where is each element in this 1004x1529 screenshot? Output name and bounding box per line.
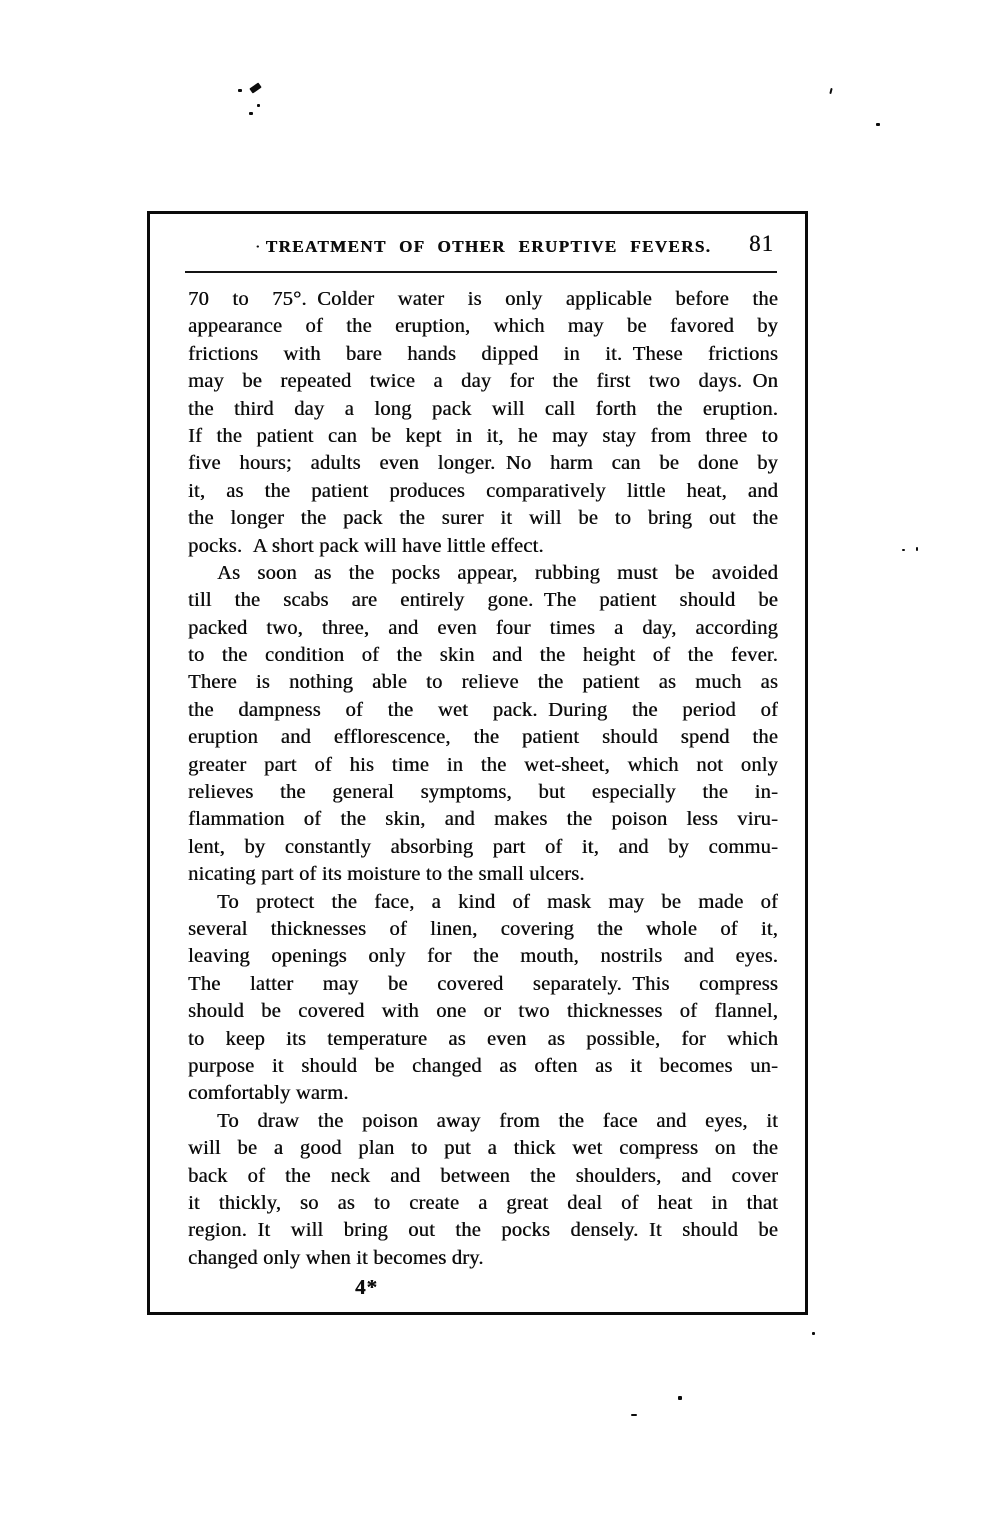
text-line: If the patient can be kept in it, he may… — [188, 423, 778, 450]
running-head-text: TREATMENT OF OTHER ERUPTIVE FEVERS. — [266, 237, 712, 256]
text-line: region. It will bring out the pocks dens… — [188, 1217, 778, 1244]
paragraph: To protect the face, a kind of mask may … — [188, 889, 778, 1108]
text-line: The latter may be covered separately. Th… — [188, 971, 778, 998]
text-line: To protect the face, a kind of mask may … — [188, 889, 778, 916]
scan-artifact — [257, 104, 260, 107]
text-line: pocks. A short pack will have little eff… — [188, 533, 778, 560]
text-line: packed two, three, and even four times a… — [188, 615, 778, 642]
header-rule — [185, 271, 777, 273]
text-line: eruption and efflorescence, the patient … — [188, 724, 778, 751]
text-line: frictions with bare hands dipped in it. … — [188, 341, 778, 368]
text-line: several thicknesses of linen, covering t… — [188, 916, 778, 943]
text-line: to keep its temperature as even as possi… — [188, 1026, 778, 1053]
text-line: may be repeated twice a day for the firs… — [188, 368, 778, 395]
scanned-book-page: { "document": { "header": { "prefix_mark… — [0, 0, 1004, 1529]
scan-artifact — [876, 123, 880, 126]
text-line: till the scabs are entirely gone. The pa… — [188, 587, 778, 614]
page-frame: ·TREATMENT OF OTHER ERUPTIVE FEVERS. 81 … — [147, 211, 808, 1315]
text-line: 70 to 75°. Colder water is only applicab… — [188, 286, 778, 313]
scan-artifact — [829, 88, 832, 94]
signature-mark: 4* — [355, 1275, 378, 1300]
scan-artifact — [238, 89, 242, 92]
paragraph: To draw the poison away from the face an… — [188, 1108, 778, 1272]
paragraph: 70 to 75°. Colder water is only applicab… — [188, 286, 778, 560]
text-line: will be a good plan to put a thick wet c… — [188, 1135, 778, 1162]
page-number: 81 — [749, 231, 774, 257]
text-line: To draw the poison away from the face an… — [188, 1108, 778, 1135]
scan-artifact — [916, 547, 918, 551]
scan-artifact — [678, 1396, 682, 1400]
text-line: flammation of the skin, and makes the po… — [188, 806, 778, 833]
text-line: relieves the general symptoms, but espec… — [188, 779, 778, 806]
scan-artifact — [249, 112, 253, 115]
text-line: five hours; adults even longer. No harm … — [188, 450, 778, 477]
page-header: ·TREATMENT OF OTHER ERUPTIVE FEVERS. 81 — [188, 230, 778, 260]
text-line: should be covered with one or two thickn… — [188, 998, 778, 1025]
scan-artifact — [812, 1332, 815, 1335]
text-line: back of the neck and between the shoulde… — [188, 1163, 778, 1190]
text-line: appearance of the eruption, which may be… — [188, 313, 778, 340]
text-line: comfortably warm. — [188, 1080, 778, 1107]
text-line: There is nothing able to relieve the pat… — [188, 669, 778, 696]
text-line: the third day a long pack will call fort… — [188, 396, 778, 423]
text-line: purpose it should be changed as often as… — [188, 1053, 778, 1080]
text-line: greater part of his time in the wet-shee… — [188, 752, 778, 779]
header-prefix-mark: · — [255, 237, 262, 256]
paragraph: As soon as the pocks appear, rubbing mus… — [188, 560, 778, 889]
text-line: leaving openings only for the mouth, nos… — [188, 943, 778, 970]
text-line: lent, by constantly absorbing part of it… — [188, 834, 778, 861]
text-line: As soon as the pocks appear, rubbing mus… — [188, 560, 778, 587]
text-line: the longer the pack the surer it will be… — [188, 505, 778, 532]
text-line: it thickly, so as to create a great deal… — [188, 1190, 778, 1217]
text-line: the dampness of the wet pack. During the… — [188, 697, 778, 724]
text-line: to the condition of the skin and the hei… — [188, 642, 778, 669]
running-head: ·TREATMENT OF OTHER ERUPTIVE FEVERS. — [188, 230, 778, 257]
text-line: changed only when it becomes dry. — [188, 1245, 778, 1272]
text-line: nicating part of its moisture to the sma… — [188, 861, 778, 888]
scan-artifact — [249, 82, 261, 93]
text-line: it, as the patient produces comparativel… — [188, 478, 778, 505]
scan-artifact — [902, 549, 905, 551]
page-body: 70 to 75°. Colder water is only applicab… — [188, 286, 778, 1272]
scan-artifact — [631, 1414, 637, 1416]
